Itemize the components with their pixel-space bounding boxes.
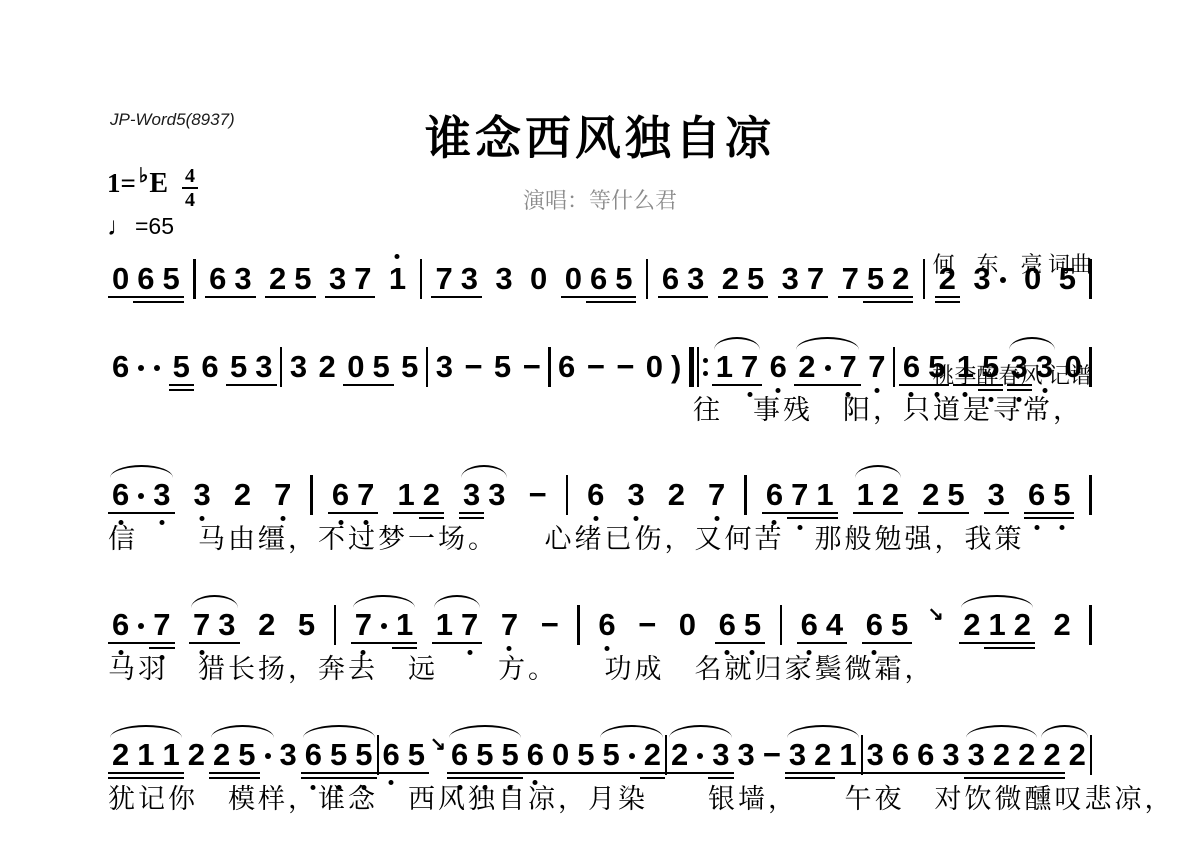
note-number: 6 xyxy=(590,261,607,296)
note: 0 xyxy=(1020,263,1045,294)
beam-group: 65 xyxy=(899,351,950,382)
beam-group: 7 xyxy=(497,609,522,640)
note-number: 6 xyxy=(662,261,679,296)
beam-group: 37 xyxy=(778,263,829,294)
note-number: 1 xyxy=(436,607,453,642)
note: 2 xyxy=(1039,739,1064,770)
note-number: 3 xyxy=(463,477,480,512)
time-signature: 4 4 xyxy=(182,166,198,210)
beam-group: 67 xyxy=(328,479,379,510)
note-number: 5 xyxy=(928,349,945,384)
note: 6 xyxy=(658,263,683,294)
glissando-icon: ↘ xyxy=(927,605,945,625)
note: 0 xyxy=(561,263,586,294)
note-number: 2 xyxy=(1054,607,1071,642)
note: 6 xyxy=(899,351,924,382)
note-number: 5 xyxy=(298,607,315,642)
note: 5 xyxy=(404,739,429,770)
beam-group: 752 xyxy=(838,263,914,294)
note: 4 xyxy=(822,609,847,640)
note-number: 3 xyxy=(194,477,211,512)
beam-group: 67 xyxy=(108,609,175,640)
beam-group: 6 xyxy=(197,351,222,382)
repeat-dot xyxy=(703,371,708,376)
note: 1 xyxy=(432,609,457,640)
octave-dot-below xyxy=(1059,525,1064,530)
note: 3 xyxy=(1007,351,1032,382)
note-number: 7 xyxy=(461,607,478,642)
note: 5 xyxy=(169,351,194,382)
beam-group: − xyxy=(583,351,609,382)
note: 6 xyxy=(862,609,887,640)
note-number: 2 xyxy=(798,349,815,384)
lyrics-line-4: 犹记你 模样，谁念 西风独自凉，月染 银墙， 午夜 对饮微醺叹悲凉， xyxy=(108,777,1175,816)
note: 6 xyxy=(715,609,740,640)
note: 6 xyxy=(328,479,353,510)
note: 6 xyxy=(379,739,404,770)
beam-group: − xyxy=(612,351,638,382)
note-number: 0 xyxy=(1024,261,1041,296)
meter-numerator: 4 xyxy=(182,166,198,189)
note-number: 4 xyxy=(826,607,843,642)
beam-group: 64 xyxy=(797,609,848,640)
duration-dot-glyph xyxy=(629,753,635,759)
barline xyxy=(426,347,429,387)
note: 7 xyxy=(457,609,482,640)
note-number: 5 xyxy=(294,261,311,296)
note-number: 7 xyxy=(153,607,170,642)
note: 1 xyxy=(853,479,878,510)
note: 2 xyxy=(959,609,984,640)
repeat-sign xyxy=(689,347,709,387)
note: 2 xyxy=(935,263,960,294)
lyrics-line-3: 马羽 猎长扬，奔去 远 方。 功成 名就归家鬓微霜， xyxy=(108,647,935,686)
duration-dot xyxy=(133,493,149,510)
note-number: ↘ xyxy=(928,604,944,625)
slur-group: 212 xyxy=(959,609,1035,640)
note-number: 2 xyxy=(258,607,275,642)
note: 2 xyxy=(254,609,279,640)
music-line-3: 63327671233−63276711225365 xyxy=(108,466,1092,510)
note-number: 3 xyxy=(280,737,297,772)
note-number: 7 xyxy=(193,607,210,642)
note-number: 3 xyxy=(1011,349,1028,384)
watermark-text: JP-Word5(8937) xyxy=(110,110,235,130)
repeat-dot xyxy=(703,358,708,363)
slur-group: 63 xyxy=(108,479,175,510)
note-number: 2 xyxy=(423,477,440,512)
note: 6 xyxy=(766,351,791,382)
beam-group: 65 xyxy=(862,609,913,640)
note: 3 xyxy=(863,739,888,770)
note-number: 6 xyxy=(719,607,736,642)
quarter-note-icon: ♩ xyxy=(107,211,133,242)
note-number: 2 xyxy=(939,261,956,296)
note: 6 xyxy=(586,263,611,294)
barline xyxy=(1090,735,1092,775)
note-number: 5 xyxy=(744,607,761,642)
note: 2 xyxy=(1014,739,1039,770)
note-number: 1 xyxy=(137,737,154,772)
note-number: 5 xyxy=(891,607,908,642)
duration-dot xyxy=(995,277,1011,294)
note: 6 xyxy=(523,739,548,770)
note: 3 xyxy=(230,263,255,294)
key-signature: 1= ♭ E 4 4 xyxy=(107,170,198,210)
note: 6 xyxy=(108,351,133,382)
note-number: 7 xyxy=(708,477,725,512)
note-number: 2 xyxy=(1043,737,1060,772)
note: 7 xyxy=(787,479,812,510)
duration-dot xyxy=(133,365,149,382)
duration-dot xyxy=(133,623,149,640)
note: 7 xyxy=(431,263,456,294)
note-number: 5 xyxy=(372,349,389,384)
duration-dot xyxy=(149,365,165,382)
duration-dot-glyph xyxy=(381,623,387,629)
note-number: 3 xyxy=(627,477,644,512)
note: 2 xyxy=(794,351,819,382)
note-number: 7 xyxy=(868,349,885,384)
note-number: 6 xyxy=(527,737,544,772)
slur-group: 73 xyxy=(189,609,240,640)
beam-group: 3 xyxy=(432,351,457,382)
sheet-music-page: JP-Word5(8937) 谁念西风独自凉 演唱：等什么君 何 东 亮 词曲 … xyxy=(0,0,1200,850)
note: 0 xyxy=(108,263,133,294)
beam-group: 3 xyxy=(491,263,516,294)
note-number: 7 xyxy=(274,477,291,512)
note: 3 xyxy=(214,609,239,640)
note-number: 6 xyxy=(558,349,575,384)
note: 5 xyxy=(978,351,1003,382)
note: 3 xyxy=(969,263,994,294)
slur-group: 17 xyxy=(432,609,483,640)
note-number: 6 xyxy=(112,477,129,512)
note-number: 6 xyxy=(801,607,818,642)
duration-dot-glyph xyxy=(154,365,160,371)
note: 2 xyxy=(1010,609,1035,640)
beam-group: 25 xyxy=(718,263,769,294)
beam-group: 63 xyxy=(658,263,709,294)
note-number: 3 xyxy=(290,349,307,384)
note-number: 6 xyxy=(766,477,783,512)
note: 0 xyxy=(642,351,667,382)
note: 3 xyxy=(251,351,276,382)
note: 3 xyxy=(484,479,509,510)
note-number: 6 xyxy=(1028,477,1045,512)
note: 6 xyxy=(888,739,913,770)
note-number: 3 xyxy=(488,477,505,512)
beam-group: 2 xyxy=(935,263,960,294)
note-number: 6 xyxy=(137,261,154,296)
note-number: 1 xyxy=(396,607,413,642)
note-number: 3 xyxy=(789,737,806,772)
note: 2 xyxy=(184,739,209,770)
note: 1 xyxy=(385,263,410,294)
note-number: 2 xyxy=(213,737,230,772)
barline xyxy=(1089,475,1092,515)
note: 3 xyxy=(286,351,311,382)
note: 5 xyxy=(497,739,522,770)
beam-group: 0 xyxy=(675,609,700,640)
note-number: 6 xyxy=(587,477,604,512)
beam-group: 6 xyxy=(523,739,548,770)
note: 6 xyxy=(133,263,158,294)
note: 3 xyxy=(457,263,482,294)
note-number: 2 xyxy=(188,737,205,772)
note: 7 xyxy=(351,609,376,640)
note-number: 2 xyxy=(668,477,685,512)
note-number: 1 xyxy=(397,477,414,512)
note: 6 xyxy=(797,609,822,640)
note: 3 xyxy=(683,263,708,294)
note-number: 5 xyxy=(615,261,632,296)
barline xyxy=(577,605,580,645)
slur-group: 322 xyxy=(964,739,1040,770)
note: 1 xyxy=(812,479,837,510)
slur-group: 25 xyxy=(209,739,276,770)
note-number: 3 xyxy=(988,477,1005,512)
note-number: 6 xyxy=(332,477,349,512)
note-number: 5 xyxy=(355,737,372,772)
slur-group: 33 xyxy=(459,479,510,510)
octave-dot-below xyxy=(1034,525,1039,530)
beam-group: 0 xyxy=(526,263,551,294)
note: 7 xyxy=(704,479,729,510)
note-number: 2 xyxy=(1014,607,1031,642)
slur-group: 71 xyxy=(351,609,418,640)
note-number: 1 xyxy=(716,349,733,384)
note: 6 xyxy=(913,739,938,770)
beam-group: 6 xyxy=(594,609,619,640)
note: 2 xyxy=(888,263,913,294)
note: 5 xyxy=(351,739,376,770)
beam-group: 6 xyxy=(766,351,791,382)
repeat-thick-bar xyxy=(689,347,694,387)
beam-group: 0 xyxy=(1061,351,1086,382)
note-number: 2 xyxy=(922,477,939,512)
repeat-thin-bar xyxy=(697,347,700,387)
beam-group: − xyxy=(759,739,785,770)
note-number: 7 xyxy=(842,261,859,296)
note: 3 xyxy=(964,739,989,770)
note-number: 6 xyxy=(112,349,129,384)
music-line-2: 65653320553−5−6−−0)1762776515330 xyxy=(108,338,1092,382)
note: 5 xyxy=(598,739,623,770)
note-number: 3 xyxy=(968,737,985,772)
barline xyxy=(1089,605,1092,645)
note: 3 xyxy=(984,479,1009,510)
note: 2 xyxy=(265,263,290,294)
note: 3 xyxy=(276,739,301,770)
note: 5 xyxy=(924,351,949,382)
note-number: − xyxy=(587,349,605,384)
tempo-marking: ♩ =65 xyxy=(107,211,174,242)
duration-dot-glyph xyxy=(825,365,831,371)
note: 6 xyxy=(594,609,619,640)
note: 3 xyxy=(491,263,516,294)
duration-dot xyxy=(820,365,836,382)
note-number: 5 xyxy=(476,737,493,772)
note-number: 3 xyxy=(867,737,884,772)
note-number: 7 xyxy=(791,477,808,512)
note-number: 2 xyxy=(112,737,129,772)
note: 6 xyxy=(205,263,230,294)
duration-dot xyxy=(692,753,708,770)
barline xyxy=(566,475,569,515)
note: 5 xyxy=(159,263,184,294)
beam-group: 5 xyxy=(397,351,422,382)
beam-group: 3 xyxy=(286,351,311,382)
beam-group: 7 xyxy=(704,479,729,510)
beam-group: ↘ xyxy=(927,605,945,640)
note: 5 xyxy=(1055,263,1080,294)
repeat-dots xyxy=(703,358,708,376)
beam-group: − xyxy=(525,479,551,510)
beam-group: 065 xyxy=(561,263,637,294)
slur-group: 321 xyxy=(785,739,861,770)
note-number: 3 xyxy=(234,261,251,296)
beam-group: 3 xyxy=(190,479,215,510)
barline xyxy=(193,259,196,299)
note: 7 xyxy=(737,351,762,382)
note: 3 xyxy=(1032,351,1057,382)
note: 3 xyxy=(432,351,457,382)
slur-group: 17 xyxy=(712,351,763,382)
note-number: 3 xyxy=(218,607,235,642)
note-number: 2 xyxy=(722,261,739,296)
note-number: 2 xyxy=(963,607,980,642)
note-number: − xyxy=(638,607,656,642)
note: 2 xyxy=(664,479,689,510)
note-number: 3 xyxy=(461,261,478,296)
note: 6 xyxy=(108,609,133,640)
note: 2 xyxy=(718,263,743,294)
note-number: − xyxy=(541,607,559,642)
note: 5 xyxy=(943,479,968,510)
singer-credit: 演唱：等什么君 xyxy=(523,184,677,215)
note-number: 2 xyxy=(814,737,831,772)
note: 5 xyxy=(743,263,768,294)
music-line-5: 211225365565↘65560552233−321366332222 xyxy=(108,726,1092,770)
note: 2 xyxy=(878,479,903,510)
note-number: 5 xyxy=(401,349,418,384)
note-number: 6 xyxy=(903,349,920,384)
sustain-dash: − xyxy=(612,351,638,382)
note-number: 3 xyxy=(738,737,755,772)
note-number: 1 xyxy=(957,349,974,384)
barline xyxy=(334,605,337,645)
barline xyxy=(280,347,283,387)
note-number: 5 xyxy=(408,737,425,772)
note-number: 6 xyxy=(383,737,400,772)
song-title: 谁念西风独自凉 xyxy=(425,102,775,168)
note: 7 xyxy=(803,263,828,294)
sustain-dash: − xyxy=(759,739,785,770)
note: 3 xyxy=(459,479,484,510)
duration-dot-glyph xyxy=(1000,277,1006,283)
note: 7 xyxy=(838,263,863,294)
note: 2 xyxy=(989,739,1014,770)
note-number: 1 xyxy=(857,477,874,512)
beam-group: − xyxy=(460,351,486,382)
note-number: 6 xyxy=(305,737,322,772)
note: 2 xyxy=(1050,609,1075,640)
note: 1 xyxy=(953,351,978,382)
note-number: 0 xyxy=(347,349,364,384)
note-number: 0 xyxy=(565,261,582,296)
note-number: 2 xyxy=(644,737,661,772)
beam-group: ↘ xyxy=(429,735,447,770)
note: 2 xyxy=(315,351,340,382)
beam-group: 2 xyxy=(315,351,340,382)
lyrics-line-1: 往 事残 阳，只道是寻常， xyxy=(693,388,1083,427)
beam-group: 73 xyxy=(431,263,482,294)
note: 5 xyxy=(397,351,422,382)
note: 1 xyxy=(393,479,418,510)
note-number: 7 xyxy=(840,349,857,384)
note-number: 3 xyxy=(436,349,453,384)
barline xyxy=(1089,347,1092,387)
note: 7 xyxy=(270,479,295,510)
note: 1 xyxy=(133,739,158,770)
note-number: 3 xyxy=(495,261,512,296)
note-number: 5 xyxy=(494,349,511,384)
slur-group: 655 xyxy=(301,739,377,770)
beam-group: 15 xyxy=(953,351,1004,382)
note-number: 1 xyxy=(816,477,833,512)
note: 3 xyxy=(325,263,350,294)
note-number: 7 xyxy=(355,607,372,642)
note: 5 xyxy=(472,739,497,770)
note: 5 xyxy=(887,609,912,640)
beam-group: 05 xyxy=(548,739,599,770)
note-number: 3 xyxy=(712,737,729,772)
note-number: 3 xyxy=(973,261,990,296)
barline xyxy=(1089,259,1092,299)
note-number: 5 xyxy=(163,261,180,296)
beam-group: 5 xyxy=(169,351,194,382)
slur-group: 211 xyxy=(108,739,184,770)
note-number: 5 xyxy=(330,737,347,772)
note: 2 xyxy=(810,739,835,770)
sustain-dash: − xyxy=(537,609,563,640)
beam-group: 12 xyxy=(393,479,444,510)
note-number: 1 xyxy=(988,607,1005,642)
note-number: − xyxy=(763,737,781,772)
note: 5 xyxy=(1049,479,1074,510)
beam-group: 5 xyxy=(294,609,319,640)
beam-group: 0 xyxy=(1020,263,1045,294)
note-number: 3 xyxy=(1036,349,1053,384)
slur-group: 52 xyxy=(598,739,665,770)
music-line-4: 67732571177−6−0656465↘2122 xyxy=(108,596,1092,640)
note-number: − xyxy=(523,349,541,384)
note: 5 xyxy=(368,351,393,382)
note: 3 xyxy=(778,263,803,294)
note: 6 xyxy=(1024,479,1049,510)
note: 0 xyxy=(343,351,368,382)
note-number: 6 xyxy=(892,737,909,772)
note-number: 5 xyxy=(747,261,764,296)
beam-group: − xyxy=(537,609,563,640)
beam-group: 65 xyxy=(379,739,430,770)
note-number: − xyxy=(464,349,482,384)
note: 7 xyxy=(350,263,375,294)
note: 2 xyxy=(667,739,692,770)
note-number: ↘ xyxy=(430,734,446,755)
barline xyxy=(780,605,783,645)
